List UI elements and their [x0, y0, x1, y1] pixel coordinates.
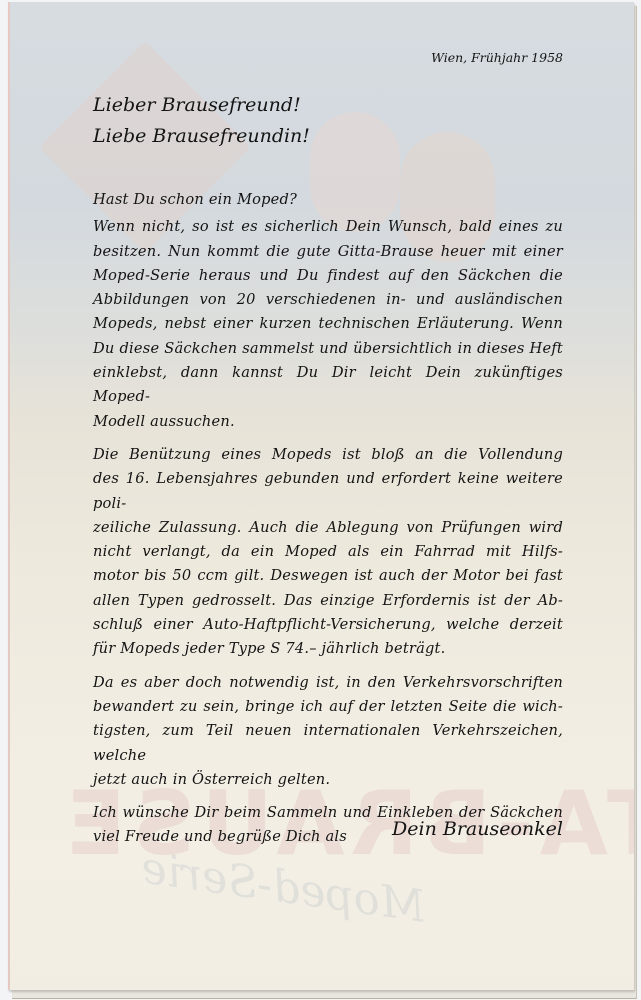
text-line: Modell aussuchen. — [93, 410, 563, 434]
text-line: Moped-Serie heraus und Du findest auf de… — [93, 264, 563, 288]
text-line: motor bis 50 ccm gilt. Deswegen ist auch… — [93, 564, 563, 588]
dateline: Wien, Frühjahr 1958 — [431, 50, 563, 65]
text-line: schluß einer Auto-Haftpflicht-Versicheru… — [93, 613, 563, 637]
text-line: Hast Du schon ein Moped? — [93, 188, 563, 212]
paragraph-question: Hast Du schon ein Moped? — [93, 188, 563, 212]
text-line: Wenn nicht, so ist es sicherlich Dein Wu… — [93, 215, 563, 239]
text-line: Da es aber doch notwendig ist, in den Ve… — [93, 671, 563, 695]
salutation-line: Liebe Brausefreundin! — [93, 121, 310, 152]
text-line: jetzt auch in Österreich gelten. — [93, 768, 563, 792]
text-line: des 16. Lebensjahres gebunden und erford… — [93, 467, 563, 516]
text-line: zeiliche Zulassung. Auch die Ablegung vo… — [93, 516, 563, 540]
text-line: Die Benützung eines Mopeds ist bloß an d… — [93, 443, 563, 467]
letter-page: GITTA-BRAUSE Moped-Serie Wien, Frühjahr … — [8, 2, 634, 990]
text-line: einklebst, dann kannst Du Dir leicht Dei… — [93, 361, 563, 410]
text-line: besitzen. Nun kommt die gute Gitta-Braus… — [93, 240, 563, 264]
text-line: Du diese Säckchen sammelst und übersicht… — [93, 337, 563, 361]
text-line: nicht verlangt, da ein Moped als ein Fah… — [93, 540, 563, 564]
paragraph-traffic-signs: Da es aber doch notwendig ist, in den Ve… — [93, 671, 563, 792]
text-line: Abbildungen von 20 verschiedenen in- und… — [93, 288, 563, 312]
letter-body: Hast Du schon ein Moped? Wenn nicht, so … — [93, 188, 563, 859]
text-line: tigsten, zum Teil neuen internationalen … — [93, 719, 563, 768]
text-line: Mopeds, nebst einer kurzen technischen E… — [93, 312, 563, 336]
text-line: bewandert zu sein, bringe ich auf der le… — [93, 695, 563, 719]
salutation-line: Lieber Brausefreund! — [93, 90, 310, 121]
text-line: allen Typen gedrosselt. Das einzige Erfo… — [93, 589, 563, 613]
salutation: Lieber Brausefreund! Liebe Brausefreundi… — [93, 90, 310, 152]
paragraph-regulations: Die Benützung eines Mopeds ist bloß an d… — [93, 443, 563, 662]
paragraph-intro: Wenn nicht, so ist es sicherlich Dein Wu… — [93, 215, 563, 434]
signature: Dein Brauseonkel — [392, 818, 563, 840]
text-line: für Mopeds jeder Type S 74.– jährlich be… — [93, 637, 563, 661]
